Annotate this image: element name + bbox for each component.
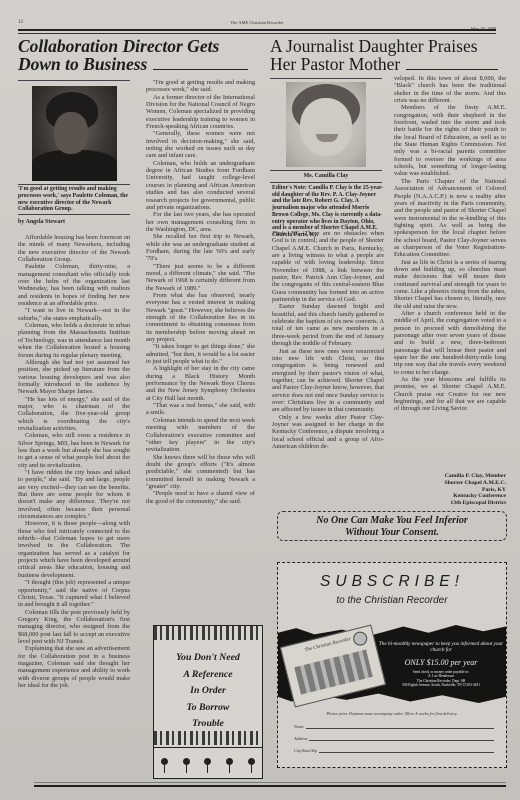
address-field[interactable]: Address — [294, 735, 494, 741]
subscription-info: The bi-monthly newspaper to keep you inf… — [378, 641, 504, 687]
article-right-column-1: Paris, KY—There are no obstacles when Go… — [272, 230, 384, 450]
divider — [270, 170, 382, 171]
subscription-price: ONLY $15.00 per year — [378, 658, 504, 667]
photo-caption-coleman: 'I'm good at getting results and making … — [18, 186, 130, 213]
flower-row — [154, 747, 262, 774]
photo-caption-clay: Ms. Camilla Clay — [270, 173, 382, 179]
quote-text: You Don't Need A Reference In Order To B… — [158, 650, 258, 733]
floral-border-icon — [154, 626, 262, 640]
divider — [270, 182, 382, 183]
footer-rule — [34, 785, 506, 787]
flower-icon — [183, 758, 190, 765]
flower-icon — [204, 758, 211, 765]
floral-border-icon — [154, 731, 262, 745]
quote-box-inferior: No One Can Make You Feel Inferior Withou… — [277, 511, 507, 541]
divider — [270, 78, 382, 79]
dateline: Paris, KY — [272, 230, 298, 237]
subscribe-title: SUBSCRIBE! — [278, 573, 506, 591]
masthead-rule — [18, 29, 496, 31]
headline-collaboration-director: Collaboration Director Gets Down to Busi… — [18, 37, 258, 73]
author-signature: Camilla P. Clay, Member Shorter Chapel A… — [394, 473, 506, 507]
publication-name: The AME Christian Recorder — [18, 20, 496, 25]
masthead: 12 The AME Christian Recorder May 29, 19… — [18, 18, 496, 34]
flower-icon — [248, 758, 255, 765]
article-left-column-1: Affordable housing has been foremost on … — [18, 234, 130, 689]
order-note: Please print. Payment must accompany ord… — [278, 711, 506, 716]
subscribe-subtitle: to the Christian Recorder — [278, 595, 506, 606]
city-state-zip-field[interactable]: City/State/Zip — [294, 747, 494, 753]
divider — [18, 214, 130, 215]
divider — [18, 184, 130, 185]
footer-rule-thin — [34, 782, 506, 783]
article-left-column-2: "I'm good at getting results and making … — [146, 79, 255, 505]
masthead-rule-thin — [18, 33, 496, 34]
flower-icon — [161, 758, 168, 765]
article-right-column-2: veloped. In this town of about 8,000, th… — [394, 75, 506, 413]
flower-icon — [226, 758, 233, 765]
photo-paulette-coleman — [32, 86, 117, 181]
name-field[interactable]: Name — [294, 723, 494, 729]
divider — [18, 80, 130, 81]
byline: by Angela Stewart — [18, 219, 65, 225]
quote-box-trouble: You Don't Need A Reference In Order To B… — [153, 625, 263, 779]
newspaper-page: 12 The AME Christian Recorder May 29, 19… — [0, 0, 520, 800]
subscribe-ad: SUBSCRIBE! to the Christian Recorder The… — [277, 562, 507, 768]
headline-journalist-daughter: A Journalist Daughter Praises Her Pastor… — [270, 37, 510, 73]
photo-camilla-clay — [286, 82, 366, 167]
